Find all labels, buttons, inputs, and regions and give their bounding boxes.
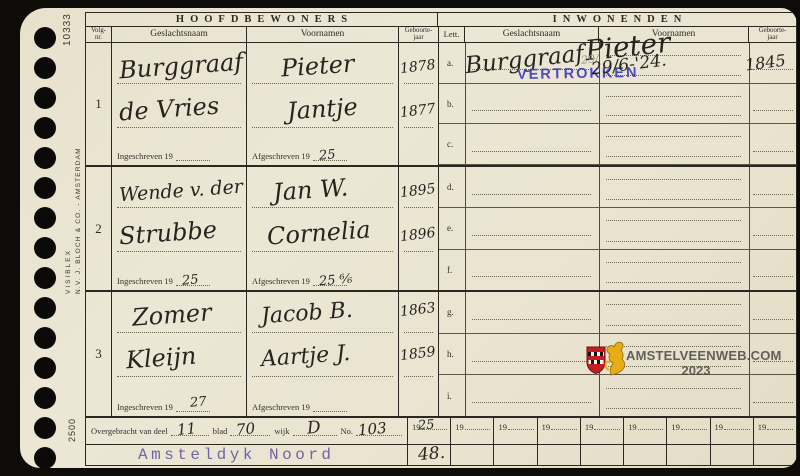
punch-hole (34, 387, 56, 409)
year-cell: 19 (623, 418, 666, 444)
inwonende-row-e: e. (439, 208, 796, 249)
surname-entry: Strubbe (118, 216, 218, 251)
resident-block-1: 1 Burggraaf de Vries Ingeschreven 19 Pie… (86, 43, 796, 167)
afgeschreven-label: Afgeschreven 19 25 ⁶⁄₆ (252, 276, 347, 286)
year-cell: 19 (753, 418, 796, 444)
ingeschreven-value: 25 (181, 272, 199, 288)
lett-label: a. (439, 43, 465, 83)
birthyear-entry: 1878 (400, 57, 437, 77)
no-value: 103 (357, 419, 387, 439)
inwonende-row-d: d. (439, 167, 796, 208)
firstname-cell-3: Jacob B. Aartje J. Afgeschreven 19 (246, 292, 398, 416)
year-cell: 19 (493, 418, 536, 444)
year-cell: 19 (450, 418, 493, 444)
surname-cell-1: Burggraaf de Vries Ingeschreven 19 (111, 43, 246, 165)
firstname-entry: Jacob B. (260, 298, 353, 329)
firstname-cell-1: Pieter Jantje Afgeschreven 19 25 (246, 43, 398, 165)
column-header-geslachtsnaam-right: Geslachtsnaam (464, 27, 598, 42)
column-header-volgnr: Volg- nr. (86, 27, 111, 42)
ingeschreven-label: Ingeschreven 19 25 (117, 276, 210, 286)
birthyear-entry: 1896 (400, 225, 437, 245)
registration-card: 10333 VISIBLEX N.V. J. BLOCH & CO. - AMS… (20, 8, 797, 468)
afgeschreven-label: Afgeschreven 19 (252, 402, 347, 412)
lett-label: h. (439, 334, 465, 375)
lett-label: f. (439, 250, 465, 290)
address-stamp: Amsteldyk Noord (138, 446, 335, 464)
lett-label: i. (439, 375, 465, 416)
year-cell: 19 (537, 418, 580, 444)
punch-hole (34, 27, 56, 49)
watermark-site: AMSTELVEENWEB.COM (626, 348, 782, 363)
inwonenden-title: INWONENDEN (438, 13, 796, 26)
printer-address: N.V. J. BLOCH & CO. - AMSTERDAM (74, 147, 84, 294)
punch-hole (34, 297, 56, 319)
lett-label: c. (439, 124, 465, 164)
firstname-entry: Jan W. (272, 173, 349, 206)
column-header-geslachtsnaam-left: Geslachtsnaam (111, 27, 246, 42)
column-header-lett: Lett. (438, 27, 464, 42)
firstname-entry: Pieter (280, 49, 355, 82)
punch-hole (34, 327, 56, 349)
blad-value: 70 (236, 419, 257, 439)
transfer-row: Overgebracht van deel 11 blad 70 wijk D … (86, 418, 796, 445)
printer-brand: VISIBLEX (64, 147, 74, 294)
year-cell-filled: 19 25 (407, 418, 450, 444)
birthyear-cell-2: 1895 1896 (398, 167, 438, 290)
inwonende-row-g: g. (439, 292, 796, 334)
birthyear-cell-3: 1863 1859 (398, 292, 438, 416)
address-row: Amsteldyk Noord 48. (86, 445, 796, 465)
surname-entry: Wende v. der (118, 176, 243, 207)
column-header-geboortejaar-right: Geboorte- jaar (748, 27, 796, 42)
punch-hole (34, 57, 56, 79)
ingeschreven-label: Ingeschreven 19 27 (117, 402, 210, 412)
volgnr-2: 2 (86, 167, 111, 290)
birthyear-entry: 1859 (400, 344, 437, 364)
volgnr-1: 1 (86, 43, 111, 165)
firstname-entry: Jantje (286, 93, 358, 126)
birthyear-entry: 1877 (400, 101, 437, 121)
house-number: 48. (417, 443, 446, 465)
firstname-entry: Cornelia (266, 215, 371, 250)
card-printer-imprint: VISIBLEX N.V. J. BLOCH & CO. - AMSTERDAM (64, 147, 84, 294)
house-number-cell: 48. (407, 445, 450, 465)
punch-hole (34, 177, 56, 199)
wijk-value: D (306, 417, 321, 438)
punch-hole (34, 87, 56, 109)
column-header-voornamen-right: Voornamen (598, 27, 748, 42)
inwonende-row-c: c. (439, 124, 796, 165)
punch-hole (34, 267, 56, 289)
header-titles-row: HOOFDBEWONERS INWONENDEN (86, 13, 796, 27)
inwonende-row-a: a. (439, 43, 796, 84)
punch-hole (34, 117, 56, 139)
ingeschreven-value: 27 (189, 394, 207, 410)
inwonenden-rows-abc: a. b. c. (438, 43, 796, 165)
hoofdbewoners-title: HOOFDBEWONERS (86, 13, 438, 26)
inwonende-row-b: b. (439, 84, 796, 125)
card-print-run: 2500 (67, 418, 77, 442)
punch-hole (34, 417, 56, 439)
overgebracht-cell: Overgebracht van deel 11 blad 70 wijk D … (86, 418, 407, 444)
year-cell: 19 (580, 418, 623, 444)
address-cell: Amsteldyk Noord (86, 445, 407, 465)
punch-hole (34, 207, 56, 229)
firstname-cell-2: Jan W. Cornelia Afgeschreven 19 25 ⁶⁄₆ (246, 167, 398, 290)
year-cell: 19 (710, 418, 753, 444)
lett-label: d. (439, 167, 465, 207)
lett-label: e. (439, 208, 465, 248)
birthyear-entry: 1863 (400, 300, 437, 320)
surname-cell-3: Zomer Kleijn Ingeschreven 19 27 (111, 292, 246, 416)
year-cell: 19 (666, 418, 709, 444)
watermark-year: 2023 (626, 363, 766, 378)
afgeschreven-value: 25 (318, 147, 336, 163)
surname-cell-2: Wende v. der Strubbe Ingeschreven 19 25 (111, 167, 246, 290)
birthyear-cell-1: 1878 1877 (398, 43, 438, 165)
inwonende-row-f: f. (439, 250, 796, 290)
punch-hole (34, 147, 56, 169)
register-table: HOOFDBEWONERS INWONENDEN Volg- nr. Gesla… (85, 12, 797, 466)
birthyear-entry: 1895 (400, 181, 437, 201)
punch-hole (34, 357, 56, 379)
column-header-geboortejaar-left: Geboorte- jaar (398, 27, 438, 42)
lion-icon (603, 340, 627, 376)
inwonenden-rows-def: d. e. f. (438, 167, 796, 290)
surname-entry: Kleijn (125, 342, 197, 375)
resident-block-2: 2 Wende v. der Strubbe Ingeschreven 19 2… (86, 167, 796, 292)
column-header-voornamen-left: Voornamen (246, 27, 398, 42)
surname-entry: Zomer (131, 298, 212, 331)
afgeschreven-value: 25 ⁶⁄₆ (318, 272, 352, 290)
card-serial-number: 10333 (62, 13, 73, 46)
surname-entry: Burggraaf (118, 48, 244, 85)
watermark: AMSTELVEENWEB.COM 2023 (584, 338, 780, 388)
surname-entry: de Vries (118, 92, 220, 127)
punch-hole (34, 447, 56, 468)
volgnr-3: 3 (86, 292, 111, 416)
afgeschreven-label: Afgeschreven 19 25 (252, 151, 347, 161)
header-columns-row: Volg- nr. Geslachtsnaam Voornamen Geboor… (86, 27, 796, 43)
year-value: 25 (417, 417, 435, 433)
punch-hole (34, 237, 56, 259)
lett-label: g. (439, 292, 465, 333)
firstname-entry: Aartje J. (260, 341, 351, 372)
lett-label: b. (439, 84, 465, 124)
deel-value: 11 (176, 419, 197, 439)
ingeschreven-label: Ingeschreven 19 (117, 151, 210, 161)
